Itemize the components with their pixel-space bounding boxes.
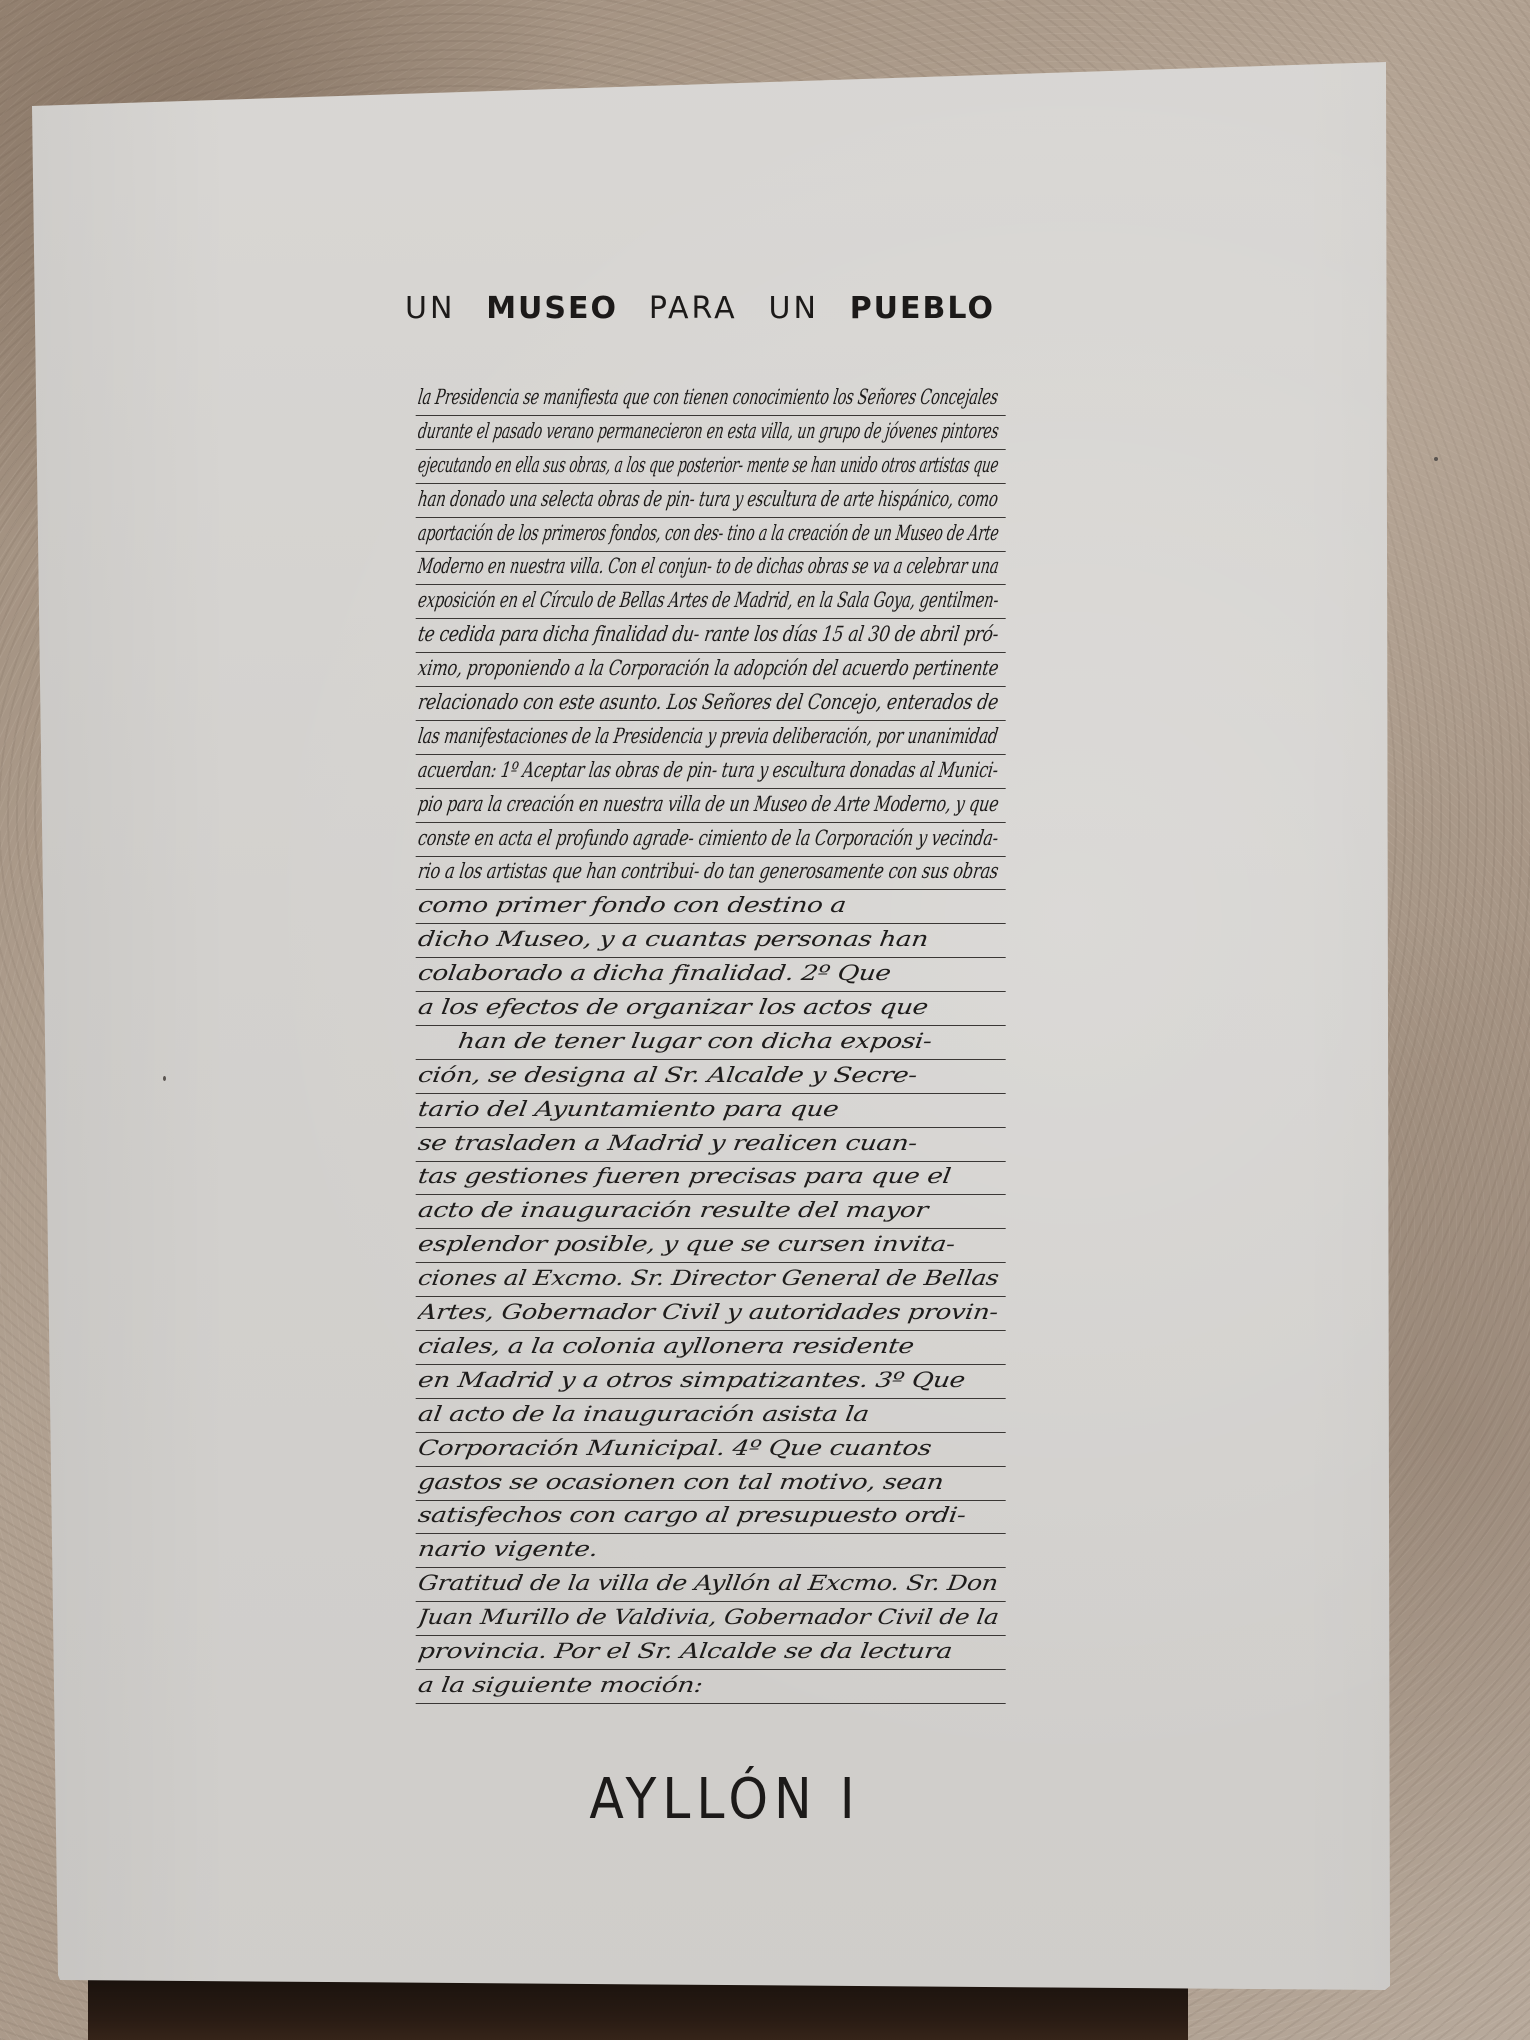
manuscript-line: te cedida para dicha finalidad du- rante… [416, 619, 1011, 653]
manuscript-text: cimiento de la Corporación y vecinda- [697, 826, 1000, 850]
manuscript-line: durante el pasado verano permanecieron e… [416, 416, 1011, 450]
manuscript-text: nario vigente. [417, 1537, 600, 1561]
manuscript-line: al acto de la inauguración asista la [416, 1399, 1011, 1433]
manuscript-text: tienen conocimiento los Señores Concejal… [682, 385, 1000, 409]
manuscript-text: previa deliberación, por unanimidad [719, 724, 1000, 748]
manuscript-line: la Presidencia se manifiesta que con tie… [416, 382, 1011, 416]
cover-speck [163, 1076, 166, 1081]
manuscript-text: te cedida para dicha finalidad du- [417, 622, 701, 646]
manuscript-line: ción, se designa al Sr. Alcalde y Secre- [416, 1060, 1011, 1094]
manuscript-text: han donado una selecta obras de pin- [417, 487, 697, 511]
manuscript-text: ciales, a la colonia ayllonera residente [417, 1334, 916, 1358]
manuscript-line: Moderno en nuestra villa. Con el conjun-… [416, 551, 1011, 585]
manuscript-text: a la siguiente moción: [417, 1673, 705, 1697]
manuscript-text: Artes, Gobernador Civil y autoridades pr… [417, 1300, 1000, 1324]
manuscript-text: tura y escultura donadas al Munici- [720, 758, 999, 782]
manuscript-line: aportación de los primeros fondos, con d… [416, 518, 1011, 552]
manuscript-line: las manifestaciones de la Presidencia y … [416, 721, 1011, 755]
manuscript-text: mente se han unido otros artistas que [745, 453, 1000, 477]
manuscript-text: tas gestiones fueren precisas para que e… [417, 1164, 953, 1188]
manuscript-line: tario del Ayuntamiento para que [416, 1094, 1011, 1128]
manuscript-text: la adopción del acuerdo pertinente [713, 656, 1000, 680]
manuscript-text: ximo, proponiendo a la Corporación [417, 656, 712, 680]
manuscript-text: en Madrid y a otros simpatizantes. 3º Qu… [417, 1368, 967, 1392]
manuscript-line: han de tener lugar con dicha exposi- [416, 1026, 1011, 1060]
manuscript-line: en Madrid y a otros simpatizantes. 3º Qu… [416, 1365, 1011, 1399]
manuscript-text: a los efectos de organizar los actos que [417, 995, 930, 1019]
manuscript-text: dicho Museo, y a cuantas personas han [417, 927, 930, 951]
manuscript-text: to de dichas obras se va a celebrar una [715, 554, 1000, 578]
manuscript-line: ciales, a la colonia ayllonera residente [416, 1331, 1011, 1365]
manuscript-text: exposición en el Círculo de Bellas Artes [417, 588, 710, 612]
handwritten-manuscript: la Presidencia se manifiesta que con tie… [418, 382, 1008, 1704]
manuscript-text: Los Señores del Concejo, enterados de [665, 690, 999, 714]
manuscript-line: satisfechos con cargo al presupuesto ord… [416, 1500, 1011, 1534]
book-title: UN MUSEO PARA UN PUEBLO [405, 286, 995, 330]
manuscript-text: relacionado con este asunto. [417, 690, 664, 714]
manuscript-line: se trasladen a Madrid y realicen cuan- [416, 1128, 1011, 1162]
manuscript-line: nario vigente. [416, 1534, 1011, 1568]
title-word: UN [768, 291, 818, 326]
manuscript-text: ejecutando en ella sus obras, a los que … [417, 453, 745, 477]
manuscript-text: tura y escultura de arte hispánico, como [698, 487, 1000, 511]
manuscript-line: Juan Murillo de Valdivia, Gobernador Civ… [416, 1602, 1011, 1636]
manuscript-text: la Presidencia se manifiesta que con [417, 385, 681, 409]
volume-title-text: AYLLÓN I [589, 1767, 860, 1832]
manuscript-line: como primer fondo con destino a [416, 890, 1011, 924]
manuscript-text: satisfechos con cargo al presupuesto ord… [417, 1503, 968, 1527]
manuscript-text: en esta villa, un grupo de jóvenes pinto… [705, 419, 1000, 443]
manuscript-text: acuerdan: 1º Aceptar las obras de pin- [417, 758, 719, 782]
manuscript-text: como primer fondo con destino a [417, 893, 848, 917]
manuscript-text: rante los días 15 al 30 de abril pró- [703, 622, 1000, 646]
manuscript-text: aportación de los primeros fondos, con d… [417, 521, 725, 545]
manuscript-line: Gratitud de la villa de Ayllón al Excmo.… [416, 1568, 1011, 1602]
title-word: PARA [649, 291, 738, 326]
manuscript-text: ción, se designa al Sr. Alcalde y Secre- [417, 1063, 919, 1087]
manuscript-text: durante el pasado verano permanecieron [417, 419, 705, 443]
title-word-emphasis: MUSEO [486, 291, 618, 326]
manuscript-line: Corporación Municipal. 4º Que cuantos [416, 1433, 1011, 1467]
manuscript-line: esplendor posible, y que se cursen invit… [416, 1229, 1011, 1263]
table-shadow-strip [88, 1978, 1188, 2040]
manuscript-line: exposición en el Círculo de Bellas Artes… [416, 585, 1011, 619]
cover-speck [1434, 457, 1438, 461]
manuscript-text: ciones al Excmo. Sr. Director General de… [417, 1266, 1001, 1290]
manuscript-text: do tan generosamente con sus obras [703, 859, 1000, 883]
manuscript-line: ximo, proponiendo a la Corporación la ad… [416, 653, 1011, 687]
title-word-emphasis: PUEBLO [850, 291, 995, 326]
manuscript-text: Moderno en nuestra villa. Con el conjun- [417, 554, 714, 578]
manuscript-line: pio para la creación en nuestra villa de… [416, 789, 1011, 823]
manuscript-text: pio para la creación en nuestra villa [417, 792, 703, 816]
manuscript-text: Gratitud de la villa de Ayllón al Excmo.… [417, 1571, 1000, 1595]
title-word: UN [405, 291, 455, 326]
manuscript-line: rio a los artistas que han contribui- do… [416, 856, 1011, 890]
manuscript-text: colaborado a dicha finalidad. 2º Que [417, 961, 893, 985]
manuscript-text: tino a la creación de un Museo de Arte [726, 521, 1000, 545]
manuscript-line: provincia. Por el Sr. Alcalde se da lect… [416, 1636, 1011, 1670]
manuscript-line: tas gestiones fueren precisas para que e… [416, 1161, 1011, 1195]
manuscript-line: acuerdan: 1º Aceptar las obras de pin- t… [416, 755, 1011, 789]
manuscript-line: relacionado con este asunto. Los Señores… [416, 687, 1011, 721]
manuscript-line: gastos se ocasionen con tal motivo, sean [416, 1467, 1011, 1501]
manuscript-text: de un Museo de Arte Moderno, y que [704, 792, 1000, 816]
manuscript-line: acto de inauguración resulte del mayor [416, 1195, 1011, 1229]
manuscript-text: Juan Murillo de Valdivia, Gobernador Civ… [417, 1605, 1001, 1629]
manuscript-text: al acto de la inauguración asista la [417, 1402, 871, 1426]
manuscript-text: esplendor posible, y que se cursen invit… [417, 1232, 957, 1256]
manuscript-line: ciones al Excmo. Sr. Director General de… [416, 1263, 1011, 1297]
manuscript-text: se trasladen a Madrid y realicen cuan- [417, 1131, 919, 1155]
manuscript-text: provincia. Por el Sr. Alcalde se da lect… [417, 1639, 954, 1663]
manuscript-line: ejecutando en ella sus obras, a los que … [416, 450, 1011, 484]
manuscript-text: tario del Ayuntamiento para que [417, 1097, 841, 1121]
manuscript-text: de Madrid, en la Sala Goya, gentilmen- [711, 588, 1000, 612]
manuscript-text: las manifestaciones de la Presidencia y [417, 724, 718, 748]
manuscript-text: conste en acta el profundo agrade- [417, 826, 696, 850]
manuscript-line: dicho Museo, y a cuantas personas han [416, 924, 1011, 958]
manuscript-line: Artes, Gobernador Civil y autoridades pr… [416, 1297, 1011, 1331]
manuscript-text: Corporación Municipal. 4º Que cuantos [417, 1436, 933, 1460]
manuscript-text: gastos se ocasionen con tal motivo, sean [417, 1470, 946, 1494]
manuscript-text: acto de inauguración resulte del mayor [417, 1198, 930, 1222]
manuscript-text: rio a los artistas que han contribui- [417, 859, 701, 883]
volume-title: AYLLÓN I [580, 1765, 870, 1835]
manuscript-line: a la siguiente moción: [416, 1670, 1011, 1704]
manuscript-line: han donado una selecta obras de pin- tur… [416, 484, 1011, 518]
manuscript-line: conste en acta el profundo agrade- cimie… [416, 823, 1011, 857]
manuscript-line: colaborado a dicha finalidad. 2º Que [416, 958, 1011, 992]
manuscript-line: a los efectos de organizar los actos que [416, 992, 1011, 1026]
manuscript-text: han de tener lugar con dicha exposi- [457, 1029, 934, 1053]
